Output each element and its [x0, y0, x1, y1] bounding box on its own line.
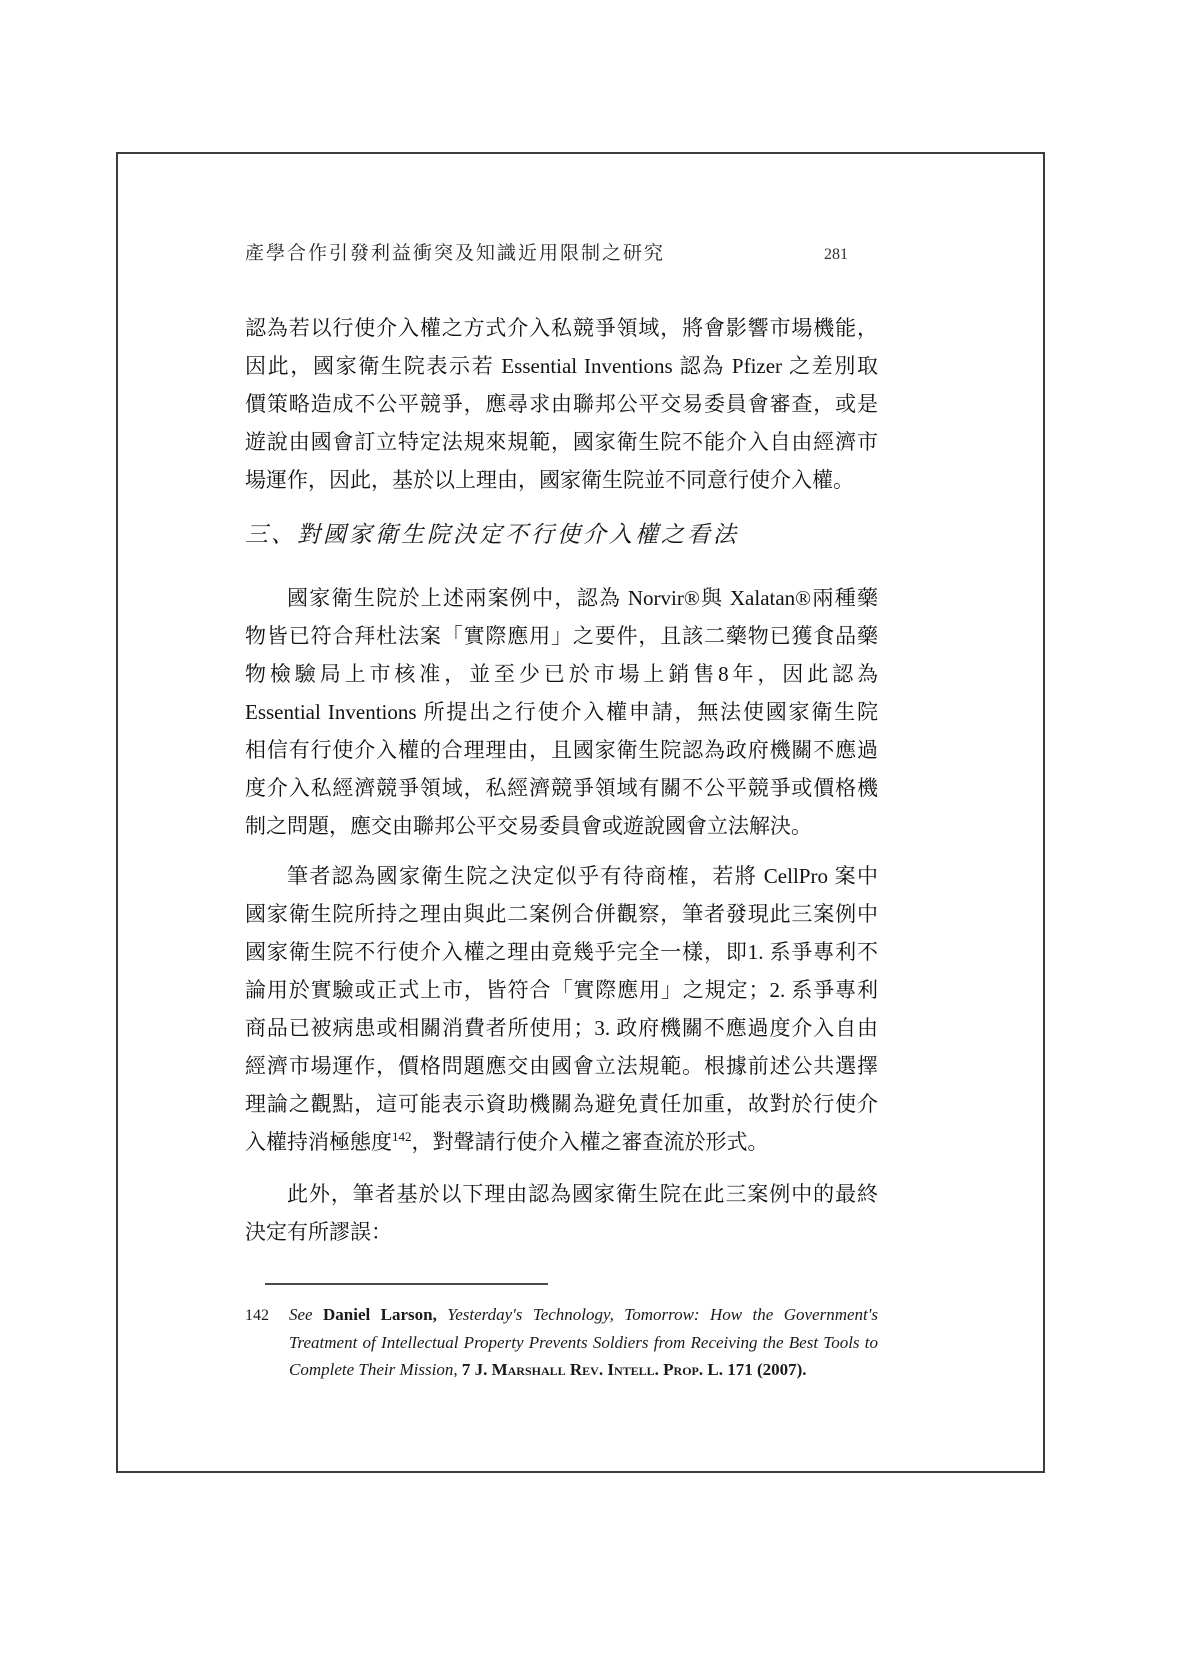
footnote-142: 142See Daniel Larson, Yesterday's Techno…	[245, 1301, 878, 1383]
body-line: 因此，國家衛生院表示若 Essential Inventions 認為 Pfiz…	[245, 347, 878, 385]
footnote-citation: 7 J. Marshall Rev. Intell. Prop. L. 171 …	[462, 1360, 807, 1379]
footnote-number: 142	[245, 1302, 289, 1329]
body-line: 相信有行使介入權的合理理由，且國家衛生院認為政府機關不應過	[245, 731, 878, 769]
body-line: 國家衛生院所持之理由與此二案例合併觀察，筆者發現此三案例中	[245, 895, 878, 933]
body-line: 決定有所謬誤：	[245, 1213, 878, 1251]
body-line: 度介入私經濟競爭領域，私經濟競爭領域有關不公平競爭或價格機	[245, 769, 878, 807]
paragraph-3: 筆者認為國家衛生院之決定似乎有待商榷，若將 CellPro 案中 國家衛生院所持…	[245, 857, 878, 1161]
body-line: 國家衛生院於上述兩案例中，認為 Norvir®與 Xalatan®兩種藥	[245, 579, 878, 617]
page-content: 產學合作引發利益衝突及知識近用限制之研究 281 認為若以行使介入權之方式介入私…	[245, 238, 878, 1383]
body-line: 物皆已符合拜杜法案「實際應用」之要件，且該二藥物已獲食品藥	[245, 617, 878, 655]
footnote-see: See	[289, 1305, 313, 1324]
footnote-author: Daniel Larson,	[323, 1305, 437, 1324]
footnote-separator	[265, 1283, 548, 1285]
body-line: 價策略造成不公平競爭，應尋求由聯邦公平交易委員會審查，或是	[245, 385, 878, 423]
body-line: 商品已被病患或相關消費者所使用；3. 政府機關不應過度介入自由	[245, 1009, 878, 1047]
body-line: 理論之觀點，這可能表示資助機關為避免責任加重，故對於行使介	[245, 1085, 878, 1123]
body-line: 場運作，因此，基於以上理由，國家衛生院並不同意行使介入權。	[245, 461, 878, 499]
paragraph-4: 此外，筆者基於以下理由認為國家衛生院在此三案例中的最終 決定有所謬誤：	[245, 1175, 878, 1251]
running-header-title: 產學合作引發利益衝突及知識近用限制之研究	[245, 238, 665, 265]
body-line: 認為若以行使介入權之方式介入私競爭領域，將會影響市場機能，	[245, 309, 878, 347]
body-line: 制之問題，應交由聯邦公平交易委員會或遊說國會立法解決。	[245, 807, 878, 845]
page-number: 281	[824, 246, 878, 264]
running-header: 產學合作引發利益衝突及知識近用限制之研究 281	[245, 238, 878, 265]
body-line: 此外，筆者基於以下理由認為國家衛生院在此三案例中的最終	[245, 1175, 878, 1213]
body-line: 物檢驗局上市核准，並至少已於市場上銷售8年，因此認為	[245, 655, 878, 693]
section-heading: 三、對國家衛生院決定不行使介入權之看法	[245, 515, 878, 555]
body-line: 入權持消極態度142，對聲請行使介入權之審查流於形式。	[245, 1123, 878, 1161]
body-line: Essential Inventions 所提出之行使介入權申請，無法使國家衛生…	[245, 693, 878, 731]
body-line: 國家衛生院不行使介入權之理由竟幾乎完全一樣，即1. 系爭專利不	[245, 933, 878, 971]
body-line: 論用於實驗或正式上市，皆符合「實際應用」之規定；2. 系爭專利	[245, 971, 878, 1009]
body-text: ，對聲請行使介入權之審查流於形式。	[412, 1130, 769, 1154]
paragraph-2: 國家衛生院於上述兩案例中，認為 Norvir®與 Xalatan®兩種藥 物皆已…	[245, 579, 878, 845]
footnote-ref-142: 142	[392, 1129, 412, 1144]
body-line: 筆者認為國家衛生院之決定似乎有待商榷，若將 CellPro 案中	[245, 857, 878, 895]
body-line: 遊說由國會訂立特定法規來規範，國家衛生院不能介入自由經濟市	[245, 423, 878, 461]
body-line: 經濟市場運作，價格問題應交由國會立法規範。根據前述公共選擇	[245, 1047, 878, 1085]
scanned-page: 產學合作引發利益衝突及知識近用限制之研究 281 認為若以行使介入權之方式介入私…	[0, 0, 1177, 1664]
paragraph-1: 認為若以行使介入權之方式介入私競爭領域，將會影響市場機能， 因此，國家衛生院表示…	[245, 309, 878, 499]
body-text: 入權持消極態度	[245, 1130, 392, 1154]
